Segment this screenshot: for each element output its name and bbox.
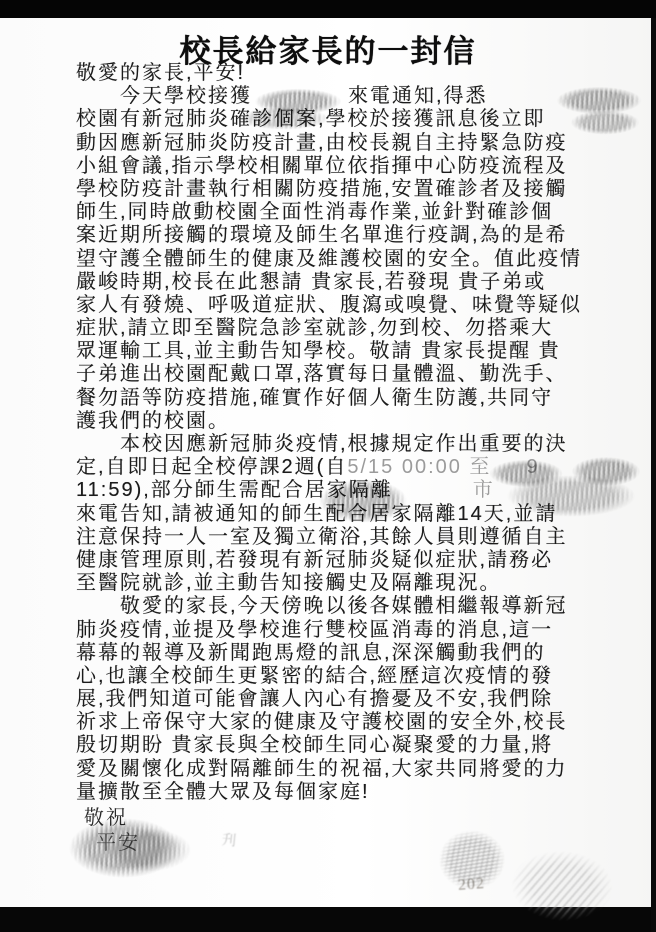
letter-line: 子弟進出校園配戴口罩,落實每日量體溫、勤洗手、 — [76, 363, 596, 386]
text-segment: 敬愛的家長,平安! — [76, 62, 245, 84]
text-segment: 校園有新冠肺炎確診個案,學校於接獲訊息後立即 — [76, 108, 546, 130]
letter-line: 症狀,請立即至醫院急診室就診,勿到校、勿搭乘大 — [76, 317, 596, 340]
text-segment: 案近期所接觸的環境及師生名單進行疫調,為的是希 — [76, 224, 568, 246]
letter-line: 心,也讓全校師生更緊密的結合,經歷這次疫情的發 — [76, 665, 596, 688]
text-segment: 師生,同時啟動校園全面性消毒作業,並針對確診個 — [76, 201, 553, 223]
letter-line: 嚴峻時期,校長在此懇請 貴家長,若發現 貴子弟或 — [76, 271, 596, 294]
closing-salute: 敬祝 — [84, 806, 140, 831]
faint-pen-mark: 刋 — [221, 829, 237, 850]
text-segment: 餐勿語等防疫措施,確實作好個人衛生防護,共同守 — [76, 387, 553, 409]
letter-line: 來電告知,請被通知的師生配合居家隔離14天,並請 — [76, 503, 596, 526]
text-segment: 量擴散至全體大眾及每個家庭! — [76, 781, 370, 803]
letter-line: 家人有發燒、呼吸道症狀、腹瀉或嗅覺、味覺等疑似 — [76, 294, 596, 317]
text-segment: 殷切期盼 貴家長與全校師生同心凝聚愛的力量,將 — [76, 734, 553, 756]
letter-line: 學校防疫計畫執行相關防疫措施,安置確診者及接觸 — [76, 178, 596, 201]
letter-line: 祈求上帝保守大家的健康及守護校園的安全外,校長 — [76, 711, 596, 734]
text-segment: 來電通知,得悉 — [348, 85, 488, 107]
closing-wish: 平安 — [96, 831, 140, 856]
text-segment: 症狀,請立即至醫院急診室就診,勿到校、勿搭乘大 — [76, 317, 553, 339]
text-segment: 注意保持一人一室及獨立衛浴,其餘人員則遵循自主 — [76, 526, 568, 548]
text-segment: 本校因應新冠肺炎疫情,根據規定作出重要的決 — [76, 433, 568, 455]
text-segment: 展,我們知道可能會讓人內心有擔憂及不安,我們除 — [76, 688, 553, 710]
letter-photo: 校長給家長的一封信 敬愛的家長,平安! 今天學校接獲來電通知,得悉校園有新冠肺炎… — [0, 0, 656, 932]
letter-line: 愛及關懷化成對隔離師生的祝福,大家共同將愛的力 — [76, 758, 596, 781]
text-segment: 子弟進出校園配戴口罩,落實每日量體溫、勤洗手、 — [76, 363, 568, 385]
text-segment: 11:59),部分師生需配合居家隔離 — [76, 479, 393, 501]
redacted-gap — [491, 467, 526, 468]
letter-line: 量擴散至全體大眾及每個家庭! — [76, 781, 596, 804]
text-segment: 護我們的校園。 — [76, 410, 230, 432]
letter-line: 11:59),部分師生需配合居家隔離市 — [76, 479, 596, 502]
letter-line: 肺炎疫情,並提及學校進行雙校區消毒的消息,這一 — [76, 619, 596, 642]
letter-line: 至醫院就診,並主動告知接觸史及隔離現況。 — [76, 572, 596, 595]
letter-line: 健康管理原則,若發現有新冠肺炎疑似症狀,請務必 — [76, 549, 596, 572]
letter-line: 小組會議,指示學校相關單位依指揮中心防疫流程及 — [76, 155, 596, 178]
letter-closing: 敬祝 平安 — [84, 806, 140, 856]
text-segment: 愛及關懷化成對隔離師生的祝福,大家共同將愛的力 — [76, 758, 568, 780]
text-segment: 心,也讓全校師生更緊密的結合,經歷這次疫情的發 — [76, 665, 553, 687]
letter-line: 眾運輸工具,並主動告知學校。敬請 貴家長提醒 貴 — [76, 340, 596, 363]
faint-text-segment: 市 — [473, 479, 495, 501]
letter-line: 注意保持一人一室及獨立衛浴,其餘人員則遵循自主 — [76, 526, 596, 549]
letter-line: 護我們的校園。 — [76, 410, 596, 433]
text-segment: 眾運輸工具,並主動告知學校。敬請 貴家長提醒 貴 — [76, 340, 561, 362]
text-segment: 動因應新冠肺炎防疫計畫,由校長親自主持緊急防疫 — [76, 132, 568, 154]
text-segment: 至醫院就診,並主動告知接觸史及隔離現況。 — [76, 572, 502, 594]
text-segment: 健康管理原則,若發現有新冠肺炎疑似症狀,請務必 — [76, 549, 553, 571]
text-segment: 來電告知,請被通知的師生配合居家隔離14天,並請 — [76, 503, 557, 525]
text-segment: 嚴峻時期,校長在此懇請 貴家長,若發現 貴子弟或 — [76, 271, 546, 293]
letter-line: 敬愛的家長,今天傍晚以後各媒體相繼報導新冠 — [76, 595, 596, 618]
letter-line: 展,我們知道可能會讓人內心有擔憂及不安,我們除 — [76, 688, 596, 711]
date-stamp-partial: 202 — [457, 875, 485, 895]
redacted-gap — [252, 96, 348, 97]
letter-line: 今天學校接獲來電通知,得悉 — [76, 85, 596, 108]
faint-text-segment: 5/15 00:00 至 — [347, 456, 491, 478]
letter-line: 殷切期盼 貴家長與全校師生同心凝聚愛的力量,將 — [76, 734, 596, 757]
letter-line: 望守護全體師生的健康及維護校園的安全。值此疫情 — [76, 248, 596, 271]
letter-line: 定,自即日起全校停課2週(自5/15 00:00 至9 — [76, 456, 596, 479]
letter-body: 敬愛的家長,平安! 今天學校接獲來電通知,得悉校園有新冠肺炎確診個案,學校於接獲… — [76, 62, 596, 804]
photo-black-border-right — [651, 0, 656, 932]
photo-black-border-top — [0, 0, 656, 18]
text-segment: 幕幕的報導及新聞跑馬燈的訊息,深深觸動我們的 — [76, 642, 546, 664]
letter-line: 本校因應新冠肺炎疫情,根據規定作出重要的決 — [76, 433, 596, 456]
letter-line: 敬愛的家長,平安! — [76, 62, 596, 85]
text-segment: 小組會議,指示學校相關單位依指揮中心防疫流程及 — [76, 155, 568, 177]
letter-line: 幕幕的報導及新聞跑馬燈的訊息,深深觸動我們的 — [76, 642, 596, 665]
text-segment: 敬愛的家長,今天傍晚以後各媒體相繼報導新冠 — [76, 595, 568, 617]
text-segment: 家人有發燒、呼吸道症狀、腹瀉或嗅覺、味覺等疑似 — [76, 294, 582, 316]
letter-line: 校園有新冠肺炎確診個案,學校於接獲訊息後立即 — [76, 108, 596, 131]
text-segment: 肺炎疫情,並提及學校進行雙校區消毒的消息,這一 — [76, 619, 553, 641]
letter-line: 案近期所接觸的環境及師生名單進行疫調,為的是希 — [76, 224, 596, 247]
letter-line: 師生,同時啟動校園全面性消毒作業,並針對確診個 — [76, 201, 596, 224]
text-segment: 祈求上帝保守大家的健康及守護校園的安全外,校長 — [76, 711, 568, 733]
letter-line: 餐勿語等防疫措施,確實作好個人衛生防護,共同守 — [76, 387, 596, 410]
text-segment: 定,自即日起全校停課2週(自 — [76, 456, 347, 478]
text-segment: 望守護全體師生的健康及維護校園的安全。值此疫情 — [76, 248, 582, 270]
letter-line: 動因應新冠肺炎防疫計畫,由校長親自主持緊急防疫 — [76, 132, 596, 155]
redacted-gap — [393, 491, 473, 492]
text-segment: 今天學校接獲 — [76, 85, 252, 107]
photo-black-border-bottom — [0, 907, 656, 932]
faint-text-segment: 9 — [526, 456, 539, 478]
text-segment: 學校防疫計畫執行相關防疫措施,安置確診者及接觸 — [76, 178, 568, 200]
